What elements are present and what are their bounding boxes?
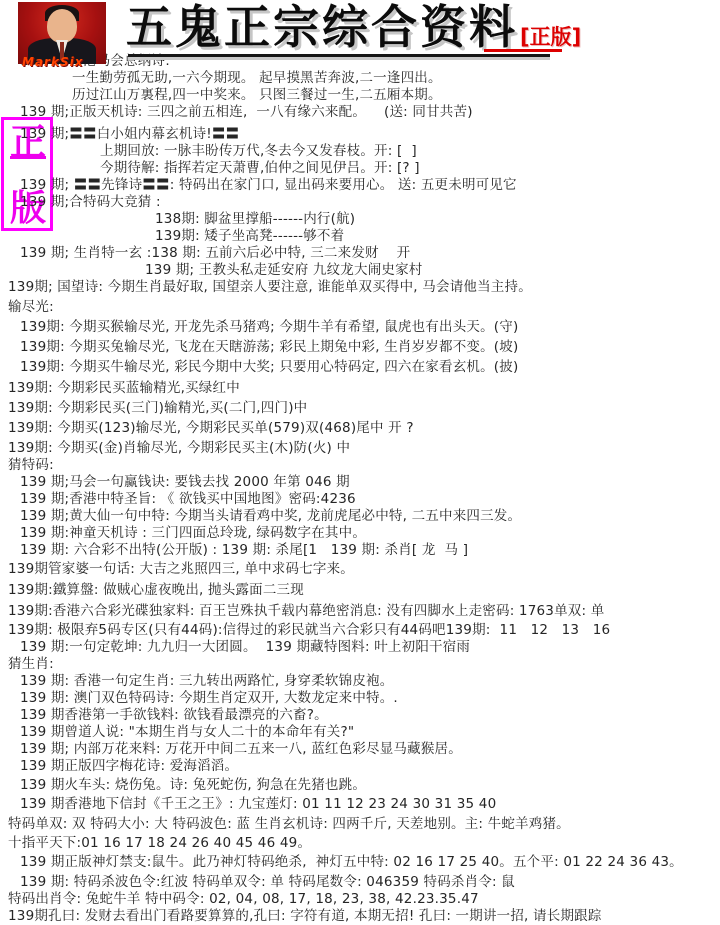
- text-line: 139期; 国望诗: 今期生肖最好取, 国望亲人要注意, 谁能单双买得中, 马会…: [0, 279, 720, 296]
- text-line: 139 期正版神灯禁支:鼠牛。此乃神灯特码绝杀, 神灯五中特: 02 16 17…: [0, 854, 720, 871]
- text-line: 139 期: 特码杀波色令:红波 特码单双令: 单 特码尾数令: 046359 …: [0, 874, 720, 891]
- edition-tag: [正版]: [520, 22, 581, 52]
- text-line: 139 期; 生肖特一玄 :138 期: 五前六后必中特, 三二来发财 开: [0, 245, 720, 262]
- text-line: 139期孔曰: 发财去看出门看路要算算的,孔曰: 字符有道, 本期无招! 孔曰:…: [0, 908, 720, 925]
- text-line: 139 期; 王教头私走延安府 九纹龙大闹史家村: [0, 262, 720, 279]
- portrait-face: [47, 9, 77, 43]
- text-line: 139 期香港地下信封《千王之王》: 九宝莲灯: 01 11 12 23 24 …: [0, 796, 720, 813]
- text-line: 139期: 极限弃5码专区(只有44码):信得过的彩民就当六合彩只有44码吧13…: [0, 622, 720, 639]
- text-line: 139 期;马会一句赢钱诀: 要钱去找 2000 年第 046 期: [0, 474, 720, 491]
- text-line: 十指平天下:01 16 17 18 24 26 40 45 46 49。: [0, 835, 720, 852]
- text-line: 139期: 今期彩民买蓝输精光,买绿红中: [0, 380, 720, 397]
- body-text: 139 期;香港马会总纲诗:一生勤劳孤无助,一六今期现。 起早摸黑苦奔波,二一逢…: [0, 53, 720, 925]
- text-line: 139 期;合特码大竞猜 :: [0, 194, 720, 211]
- text-line: 139 期火车头: 烧伤兔。诗: 兔死蛇伤, 狗急在先猪也跳。: [0, 777, 720, 794]
- page-title: 五鬼正宗综合资料: [126, 2, 518, 52]
- text-line: 139 期:一句定乾坤: 九九归一大团圆。 139 期藏特图料: 叶上初阳干宿雨: [0, 639, 720, 656]
- page-header: 五鬼正宗综合资料[正版]: [126, 2, 574, 52]
- title-red-underline: [484, 49, 562, 52]
- text-line: 特码出肖令: 兔蛇牛羊 特中码令: 02, 04, 08, 17, 18, 23…: [0, 891, 720, 908]
- text-line: 139期:鐵算盤: 做贼心虚夜晚出, 抛头露面二三现: [0, 582, 720, 599]
- text-line: 139 期; 〓〓先锋诗〓〓: 特码出在家门口, 显出码来要用心。 送: 五更未…: [0, 177, 720, 194]
- text-line: 猜生肖:: [0, 656, 720, 673]
- text-line: 139 期曾道人说: "本期生肖与女人二十的本命年有关?": [0, 724, 720, 741]
- text-line: 139 期香港第一手欲钱料: 欲钱看最漂亮的六畜?。: [0, 707, 720, 724]
- text-line: 139 期;〓〓白小姐内幕玄机诗!〓〓: [0, 126, 720, 143]
- text-line: 139期: 今期买牛输尽光, 彩民今期中大奖; 只要用心特码定, 四六在家看玄机…: [0, 359, 720, 376]
- photo-label: MarkSix: [22, 55, 83, 69]
- text-line: 138期: 脚盆里撑船------内行(航): [0, 211, 720, 228]
- text-line: 139期: 今期买(123)输尽光, 今期彩民买单(579)双(468)尾中 开…: [0, 420, 720, 437]
- text-line: 139 期:神童天机诗 : 三门四面总玲珑, 绿码数字在其中。: [0, 525, 720, 542]
- text-line: 输尽光:: [0, 299, 720, 316]
- text-line: 139 期: 六合彩不出特(公开版) : 139 期: 杀尾[1 139 期: …: [0, 542, 720, 559]
- text-line: 特码单双: 双 特码大小: 大 特码波色: 蓝 生肖玄机诗: 四两千斤, 天差地…: [0, 816, 720, 833]
- text-line: 139 期: 香港一句定生肖: 三九转出两路忙, 身穿柔软锦皮袍。: [0, 673, 720, 690]
- text-line: 139期: 矮子坐高凳------够不着: [0, 228, 720, 245]
- text-line: 139期: 今期买猴输尽光, 开龙先杀马猪鸡; 今期牛羊有希望, 鼠虎也有出头天…: [0, 319, 720, 336]
- text-line: 139期:香港六合彩光碟独家料: 百王岂殊执千载内幕绝密消息: 没有四脚水上走密…: [0, 603, 720, 620]
- text-line: 139 期: 澳门双色特码诗: 今期生肖定双开, 大数龙定来中特。.: [0, 690, 720, 707]
- title-underline: [128, 54, 550, 57]
- text-line: 139 期;香港中特圣旨: 《 欲钱买中国地图》密码:4236: [0, 491, 720, 508]
- text-line: 139 期;正版天机诗: 三四之前五相连, 一八有缘六来配。 (送: 同甘共苦): [0, 104, 720, 121]
- text-line: 139期管家婆一句话: 大吉之兆照四三, 单中求码七字来。: [0, 561, 720, 578]
- text-line: 猜特码:: [0, 457, 720, 474]
- text-line: 今期待解: 指挥若定天萧曹,伯仲之间见伊吕。开: [? ]: [0, 160, 720, 177]
- text-line: 139 期; 内部万花来料: 万花开中间二五来一八, 蓝红色彩尽显马藏猴居。: [0, 741, 720, 758]
- text-line: 上期回放: 一脉丰盼传万代,冬去今又发春枝。开: [ ]: [0, 143, 720, 160]
- text-line: 139期: 今期买兔输尽光, 飞龙在天瞎游荡; 彩民上期兔中彩, 生肖岁岁都不变…: [0, 339, 720, 356]
- text-line: 139 期正版四字梅花诗: 爱海滔滔。: [0, 758, 720, 775]
- text-line: 139 期;黄大仙一句中特: 今期当头请看鸡中奖, 龙前虎尾必中特, 二五中来四…: [0, 508, 720, 525]
- text-line: 139期: 今期彩民买(三门)输精光,买(二门,四门)中: [0, 400, 720, 417]
- text-line: 一生勤劳孤无助,一六今期现。 起早摸黑苦奔波,二一逢四出。: [0, 70, 720, 87]
- text-line: 139期: 今期买(金)肖输尽光, 今期彩民买主(木)防(火) 中: [0, 440, 720, 457]
- text-line: 历过江山万裏程,四一中奖来。 只图三餐过一生,二五厢本期。: [0, 87, 720, 104]
